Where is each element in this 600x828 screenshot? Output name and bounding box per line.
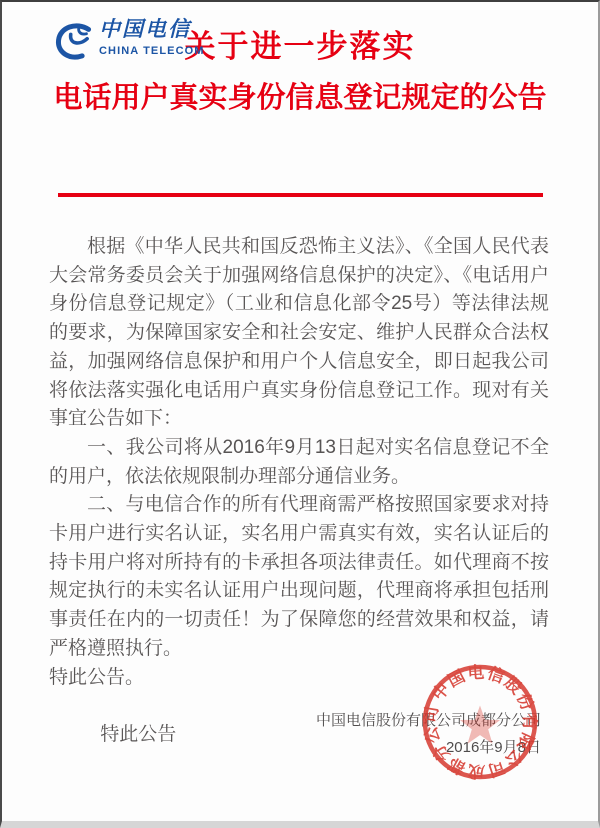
company-seal-stamp: 中国电信股份有限公司成都分公司	[418, 660, 542, 784]
china-telecom-symbol-icon	[55, 22, 95, 64]
title-divider-rule	[58, 193, 543, 197]
body-paragraph-3: 二、与电信合作的所有代理商需严格按照国家要求对持卡用户进行实名认证，实名用户需真…	[49, 491, 549, 663]
body-paragraph-2: 一、我公司将从2016年9月13日起对实名信息登记不全的用户，依法依规限制办理部…	[49, 434, 549, 491]
logo-name-cn: 中国电信	[99, 18, 205, 42]
body-paragraph-1: 根据《中华人民共和国反恐怖主义法》、《全国人民代表大会常务委员会关于加强网络信息…	[49, 233, 549, 434]
title-line-2: 电话用户真实身份信息登记规定的公告	[2, 82, 598, 114]
china-telecom-logo: 中国电信 CHINA TELECOM	[55, 18, 205, 64]
seal-star-icon	[461, 707, 498, 743]
announcement-document: 中国电信 CHINA TELECOM 关于进一步落实 电话用户真实身份信息登记规…	[0, 0, 600, 828]
logo-name-en: CHINA TELECOM	[99, 45, 205, 57]
logo-text: 中国电信 CHINA TELECOM	[99, 18, 205, 57]
